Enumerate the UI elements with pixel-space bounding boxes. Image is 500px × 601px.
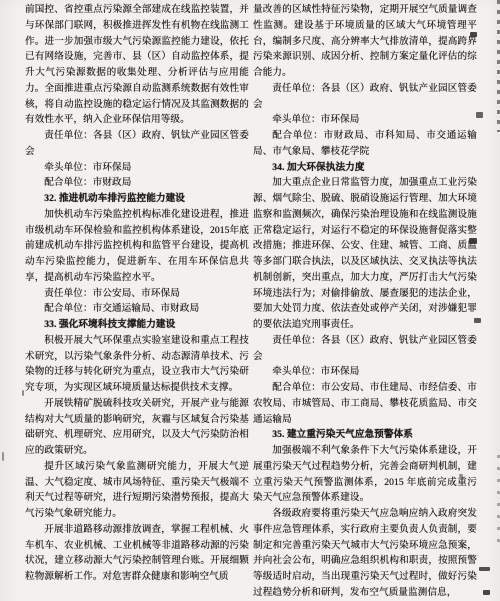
paragraph: 开展铁精矿脱硫科技攻关研究，开展产业与能源结构对大气质量的影响研究，灰霾与区域复…: [25, 396, 249, 459]
responsible-unit-line: 责任单位：各县（区）政府、钒钛产业园区管委会: [253, 81, 477, 113]
paragraph: 加大重点企业日常监管力度，加强重点工业污染源、烟气除尘、脱硫、脱硝设施运行管理、…: [253, 175, 477, 333]
text-column-left: 前国控、省控重点污染源全部建成在线监控装置，并与环保部门联网，积极推进挥发性有机…: [25, 2, 249, 585]
scan-speck: [22, 390, 24, 396]
text-column-right: 量改善的区域性特征污染物，定期开展空气质量调查性监测。建设基于环境质量的区域大气…: [253, 2, 477, 601]
paragraph: 积极开展大气环保重点实验室建设和重点工程技术研究，以污染气象条件分析、动态源清单…: [25, 333, 249, 396]
scan-speck: [479, 567, 490, 571]
responsible-unit-line: 责任单位：各县（区）政府、钒钛产业园区管委会: [253, 333, 477, 365]
lead-unit-line: 牵头单位：市环保局: [253, 364, 477, 380]
paragraph: 提升区域污染气象监测研究能力，开展大气逆温、大气稳定度、城市风场特征、重污染天气…: [25, 459, 249, 522]
paragraph: 加强极端不利气象条件下大气污染体系建设，开展重污染天气过程趋势分析，完善会商研判…: [253, 443, 477, 506]
support-unit-line: 配合单位：市公安局、市住建局、市经信委、市农牧局、市城管局、市工商局、攀枝花质监…: [253, 380, 477, 427]
responsible-unit-line: 责任单位：各县（区）政府、钒钛产业园区管委会: [25, 128, 249, 160]
paragraph: 开展非道路移动源排放调查，掌握工程机械、火车机车、农业机械、工业机械等非道路移动…: [25, 522, 249, 585]
lead-unit-line: 牵头单位：市环保局: [25, 160, 249, 176]
responsible-unit-line: 责任单位：市公安局、市环保局: [25, 286, 249, 302]
section-heading-35: 35. 建立重污染天气应急预警体系: [253, 427, 477, 443]
support-unit-line: 配合单位：市财政局: [25, 175, 249, 191]
scan-speck: [2, 452, 4, 461]
scan-speck: [459, 474, 463, 477]
section-heading-34: 34. 加大环保执法力度: [253, 160, 477, 176]
support-unit-line: 配合单位：市交通运输局、市财政局: [25, 301, 249, 317]
section-heading-32: 32. 推进机动车排污监控能力建设: [25, 191, 249, 207]
document-page: 前国控、省控重点污染源全部建成在线监控装置，并与环保部门联网，积极推进挥发性有机…: [0, 0, 500, 601]
scan-speck: [476, 112, 483, 118]
lead-unit-line: 牵头单位：市环保局: [253, 112, 477, 128]
support-unit-line: 配合单位：市财政局、市科知局、市交通运输局、市气象局、攀枝花学院: [253, 128, 477, 160]
scan-speck: [469, 238, 477, 244]
paragraph: 各级政府要将重污染天气应急响应纳入政府突发事件应急管理体系，实行政府主要负责人负…: [253, 506, 477, 601]
paragraph-continuation: 前国控、省控重点污染源全部建成在线监控装置，并与环保部门联网，积极推进挥发性有机…: [25, 2, 249, 128]
paragraph: 加快机动车污染监控机构标准化建设进程，推进市级机动车环保检验和监控机构体系建设，…: [25, 207, 249, 286]
paragraph-continuation: 量改善的区域性特征污染物，定期开展空气质量调查性监测。建设基于环境质量的区域大气…: [253, 2, 477, 81]
scan-speck: [483, 590, 490, 595]
scan-speck: [474, 318, 481, 323]
scan-speck: [470, 32, 477, 37]
section-heading-33: 33. 强化环境科技支撑能力建设: [25, 317, 249, 333]
